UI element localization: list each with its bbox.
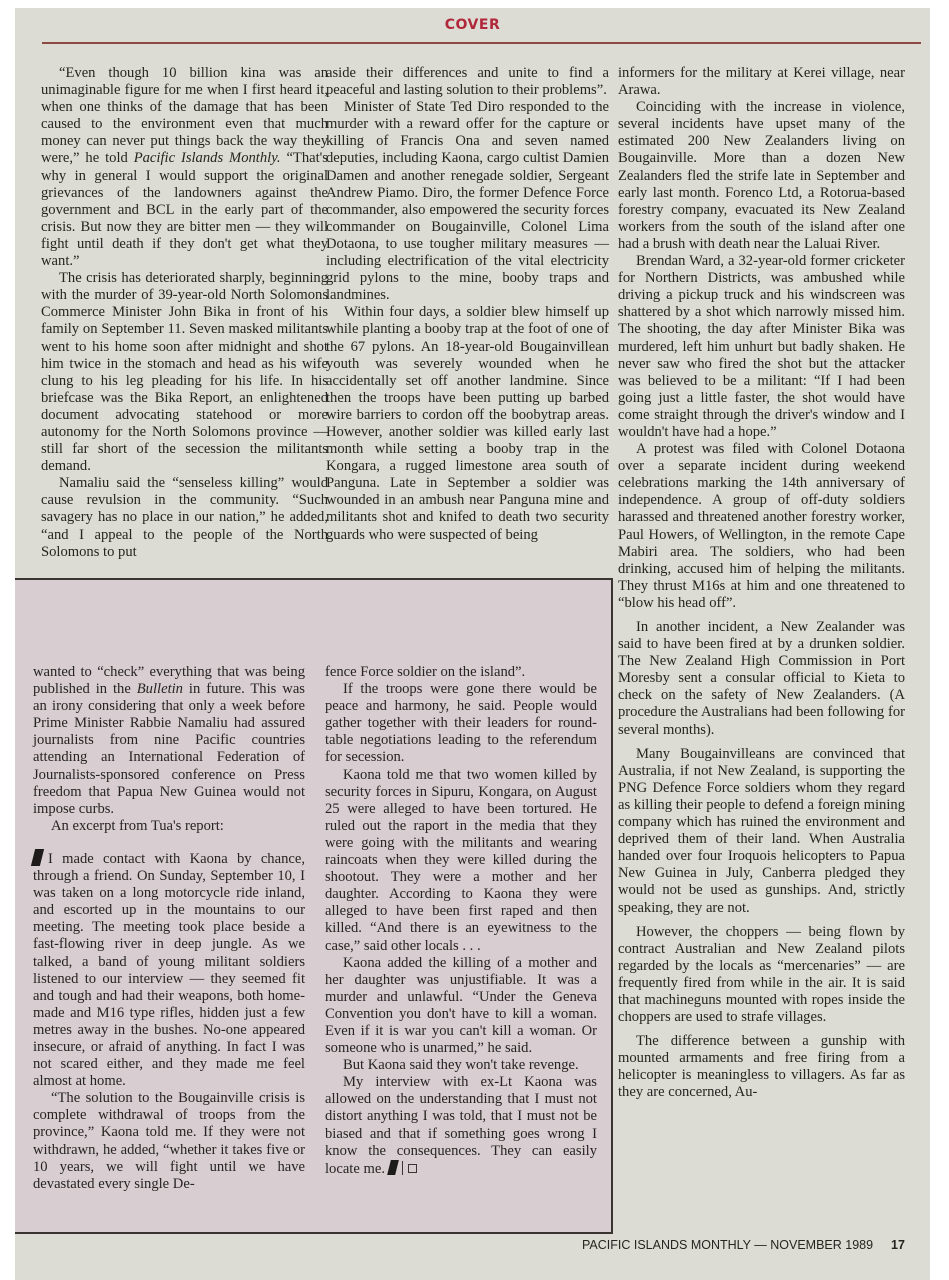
paragraph: Minister of State Ted Diro responded to …	[326, 99, 609, 304]
paragraph: Kaona told me that two women killed by s…	[325, 767, 597, 955]
quote-mark-icon	[31, 849, 44, 866]
paragraph: wanted to “check” everything that was be…	[33, 664, 305, 818]
article-column-2: aside their differences and unite to fin…	[326, 65, 609, 544]
paragraph: The crisis has deteriorated sharply, beg…	[41, 270, 328, 475]
sidebar-column-2: fence Force soldier on the island”. If t…	[325, 664, 597, 1178]
paragraph: Within four days, a soldier blew himself…	[326, 304, 609, 543]
magazine-page: COVER “Even though 10 billion kina was a…	[15, 8, 930, 1280]
page-number: 17	[891, 1238, 905, 1252]
paragraph: In another incident, a New Zealander was…	[618, 619, 905, 739]
end-mark-icon	[387, 1160, 399, 1175]
article-column-1: “Even though 10 billion kina was an unim…	[41, 65, 328, 561]
paragraph: But Kaona said they won't take revenge.	[325, 1057, 597, 1074]
report-excerpt: I made contact with Kaona by chance, thr…	[33, 849, 305, 1090]
end-square-icon	[408, 1164, 417, 1173]
section-label: COVER	[15, 17, 930, 33]
paragraph: The difference between a gunship with mo…	[618, 1033, 905, 1101]
paragraph: aside their differences and unite to fin…	[326, 65, 609, 99]
paragraph: informers for the military at Kerei vill…	[618, 65, 905, 99]
sidebar-box: wanted to “check” everything that was be…	[15, 578, 613, 1234]
paragraph: Coinciding with the increase in violence…	[618, 99, 905, 253]
page-footer: PACIFIC ISLANDS MONTHLY — NOVEMBER 19891…	[582, 1238, 905, 1252]
paragraph: A protest was filed with Colonel Dotaona…	[618, 441, 905, 612]
paragraph: However, the choppers — being flown by c…	[618, 924, 905, 1027]
paragraph: “Even though 10 billion kina was an unim…	[41, 65, 328, 270]
separator-icon	[402, 1161, 403, 1175]
paragraph: Brendan Ward, a 32-year-old former crick…	[618, 253, 905, 441]
publication-line: PACIFIC ISLANDS MONTHLY — NOVEMBER 1989	[582, 1238, 873, 1252]
paragraph: Namaliu said the “senseless killing” wou…	[41, 475, 328, 560]
article-column-3: informers for the military at Kerei vill…	[618, 65, 905, 1102]
paragraph: Kaona added the killing of a mother and …	[325, 955, 597, 1058]
paragraph: Many Bougainvilleans are convinced that …	[618, 746, 905, 917]
sidebar-column-1: wanted to “check” everything that was be…	[33, 664, 305, 1193]
paragraph: An excerpt from Tua's report:	[33, 818, 305, 835]
paragraph: “The solution to the Bougainville crisis…	[33, 1090, 305, 1193]
paragraph: My interview with ex-Lt Kaona was allowe…	[325, 1074, 597, 1178]
paragraph: fence Force soldier on the island”.	[325, 664, 597, 681]
header-rule	[42, 42, 921, 44]
paragraph: If the troops were gone there would be p…	[325, 681, 597, 766]
